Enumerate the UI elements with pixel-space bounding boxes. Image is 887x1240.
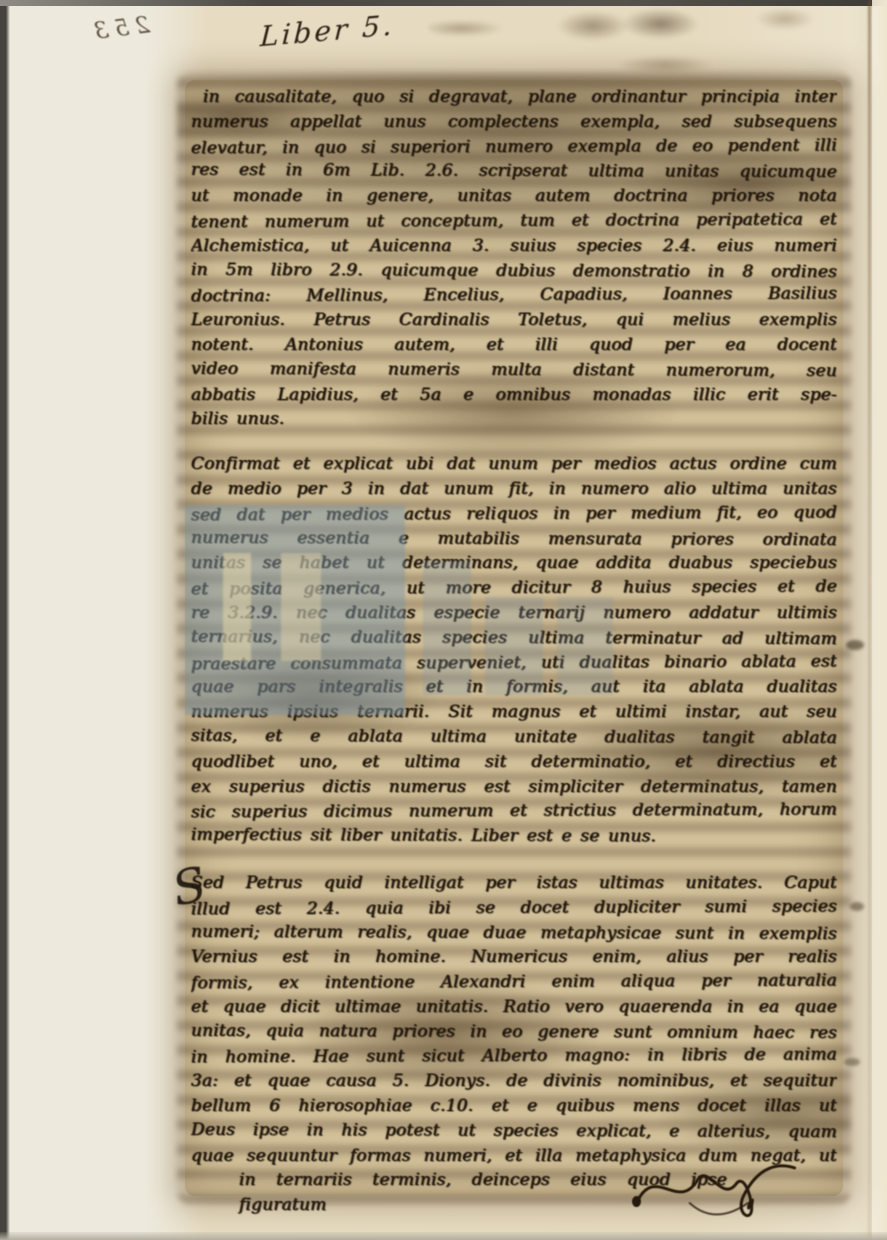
- ink-spill: [846, 640, 864, 650]
- manuscript-line: Leuronius. Petrus Cardinalis Toletus, qu…: [191, 308, 837, 333]
- ink-showthrough-smudge: [548, 4, 698, 48]
- manuscript-line: elevatur, in quo si superiori numero exe…: [191, 133, 837, 161]
- watermark-block: [423, 561, 471, 695]
- manuscript-line: de medio per 3 in dat unum fit, in numer…: [191, 477, 837, 502]
- manuscript-text-block: in causalitate, quo si degravat, plane o…: [185, 80, 843, 1196]
- manuscript-line: in 5m libro 2.9. quicumque dubius demons…: [191, 257, 837, 284]
- manuscript-line: bilis unus.: [191, 407, 837, 432]
- scan-bottom-border: [0, 1232, 887, 1240]
- manuscript-line: numeri; alterum realis, quae duae metaph…: [191, 919, 837, 946]
- watermark-block: [557, 597, 613, 695]
- manuscript-line: illud est 2.4. quia ibi se docet duplici…: [191, 894, 837, 922]
- manuscript-line: quodlibet uno, et ultima sit determinati…: [191, 750, 837, 775]
- manuscript-line: 3a: et quae causa 5. Dionys. de divinis …: [191, 1069, 837, 1094]
- folio-number: 253: [87, 12, 152, 45]
- page-crease-line: [868, 0, 871, 1240]
- manuscript-line: imperfectius sit liber unitatis. Liber e…: [191, 823, 837, 850]
- scan-top-border: [0, 0, 887, 6]
- manuscript-line: sitas, et e ablata ultima unitate dualit…: [191, 724, 837, 751]
- manuscript-line: bellum 6 hierosophiae c.10. et e quibus …: [191, 1094, 837, 1119]
- ink-showthrough-smudge: [428, 14, 524, 40]
- manuscript-line: sic superius dicimus numerum et strictiu…: [191, 798, 837, 826]
- manuscript-line: formis, ex intentione Alexandri enim ali…: [191, 969, 837, 997]
- manuscript-line: tenent numerum ut conceptum, tum et doct…: [191, 208, 837, 236]
- manuscript-line: Deus ipse in his potest ut species expli…: [191, 1118, 837, 1145]
- digital-watermark-overlay: [185, 505, 635, 719]
- manuscript-paragraph: in causalitate, quo si degravat, plane o…: [191, 85, 837, 432]
- watermark-glyph: [223, 553, 251, 661]
- watermark-block: [485, 597, 543, 695]
- manuscript-line: Vernius est in homine. Numericus enim, a…: [191, 945, 837, 970]
- manuscript-line: video manifesta numeris multa distant nu…: [191, 357, 837, 384]
- manuscript-line: doctrina: Mellinus, Encelius, Capadius, …: [191, 282, 837, 310]
- manuscript-line: Sed Petrus quid intelligat per istas ult…: [191, 871, 837, 896]
- page-title: Liber 5.: [259, 8, 395, 53]
- manuscript-line: notent. Antonius autem, et illi quod per…: [191, 333, 837, 358]
- manuscript-line: Confirmat et explicat ubi dat unum per m…: [191, 452, 837, 477]
- manuscript-line: in homine. Hae sunt sicut Alberto magno:…: [191, 1043, 837, 1071]
- manuscript-line: numerus appellat unus complectens exempl…: [191, 110, 837, 135]
- ink-spill: [844, 1058, 860, 1066]
- manuscript-line: in causalitate, quo si degravat, plane o…: [191, 85, 837, 110]
- manuscript-line: Alchemistica, ut Auicenna 3. suius speci…: [191, 234, 837, 259]
- watermark-glyph: [281, 553, 321, 661]
- ink-showthrough-smudge: [745, 4, 825, 34]
- manuscript-scan: 253 Liber 5. in causalitate, quo si degr…: [0, 0, 887, 1240]
- manuscript-line: et quae dicit ultimae unitatis. Ratio ve…: [191, 995, 837, 1020]
- ink-spill: [850, 902, 864, 911]
- page-right-margin: [872, 0, 887, 1240]
- manuscript-line: ex superius dictis numerus est simplicit…: [191, 775, 837, 800]
- manuscript-line: res est in 6m Lib. 2.6. scripserat ultim…: [191, 158, 837, 185]
- manuscript-line: unitas, quia natura priores in eo genere…: [191, 1019, 837, 1046]
- manuscript-line: ut monade in genere, unitas autem doctri…: [191, 184, 837, 209]
- manuscript-line: abbatis Lapidius, et 5a e omnibus monada…: [191, 383, 837, 408]
